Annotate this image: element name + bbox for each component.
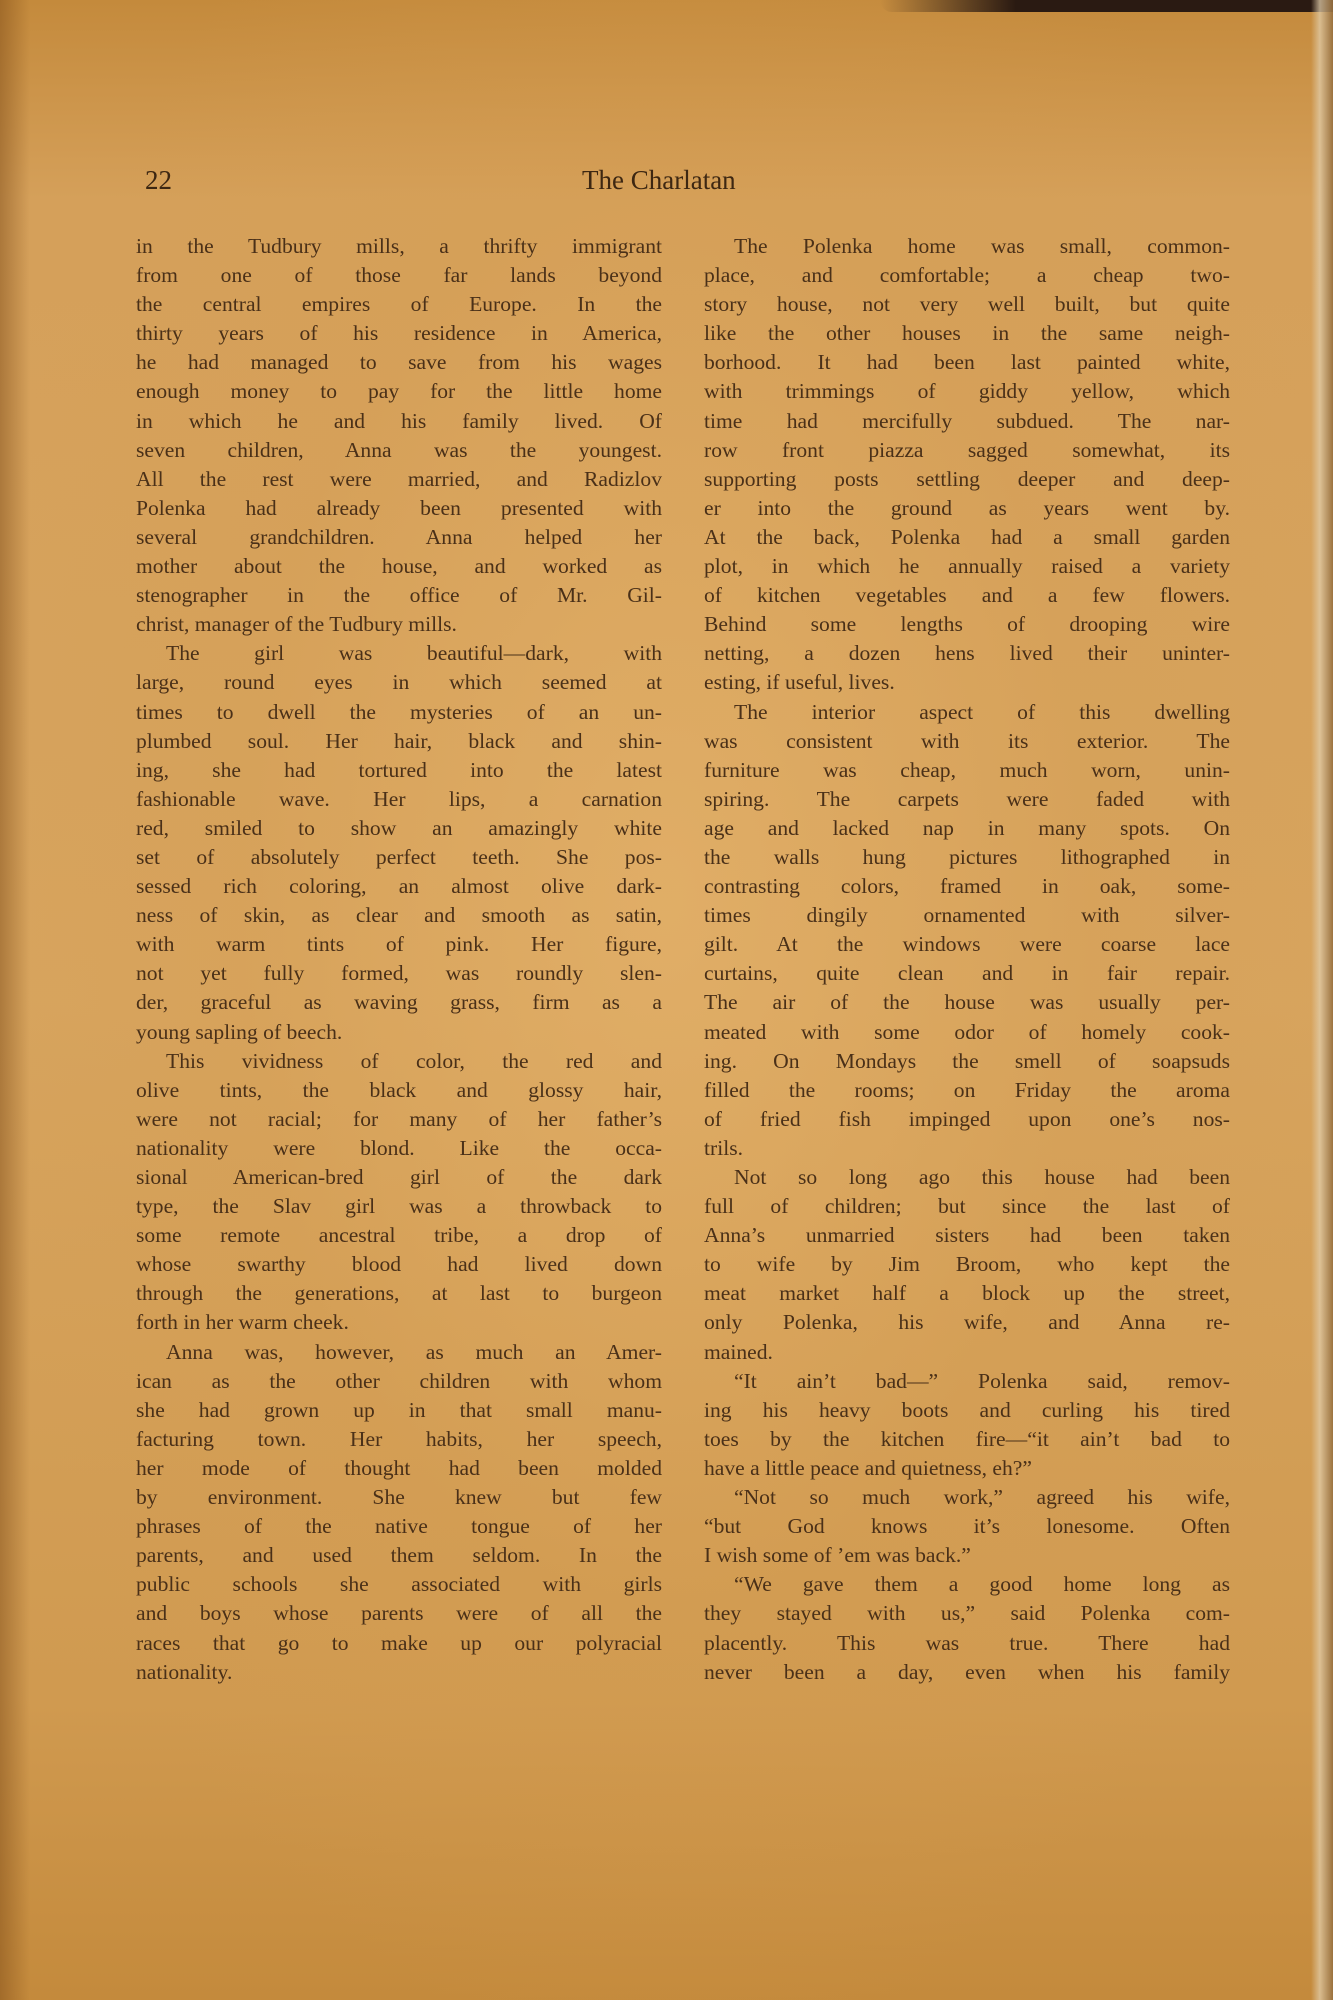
text-line: only Polenka, his wife, and Anna re- [704, 1308, 1230, 1337]
text-line: the walls hung pictures lithographed in [704, 843, 1230, 872]
text-line: stenographer in the office of Mr. Gil- [136, 581, 662, 610]
text-line: races that go to make up our polyracial [136, 1629, 662, 1658]
text-line: curtains, quite clean and in fair repair… [704, 959, 1230, 988]
text-line: set of absolutely perfect teeth. She pos… [136, 843, 662, 872]
text-line: contrasting colors, framed in oak, some- [704, 872, 1230, 901]
text-line: trils. [704, 1134, 1230, 1163]
running-title: The Charlatan [582, 165, 736, 196]
text-line: fashionable wave. Her lips, a carnation [136, 785, 662, 814]
text-line: they stayed with us,” said Polenka com- [704, 1599, 1230, 1628]
text-line: row front piazza sagged somewhat, its [704, 436, 1230, 465]
text-line: to wife by Jim Broom, who kept the [704, 1250, 1230, 1279]
text-line: olive tints, the black and glossy hair, [136, 1076, 662, 1105]
text-line: thirty years of his residence in America… [136, 319, 662, 348]
text-line: type, the Slav girl was a throwback to [136, 1192, 662, 1221]
text-line: her mode of thought had been molded [136, 1454, 662, 1483]
text-line: times dingily ornamented with silver- [704, 901, 1230, 930]
text-line: Anna was, however, as much an Amer- [136, 1338, 662, 1367]
text-line: time had mercifully subdued. The nar- [704, 407, 1230, 436]
text-line: ican as the other children with whom [136, 1367, 662, 1396]
text-line: forth in her warm cheek. [136, 1308, 662, 1337]
text-line: “but God knows it’s lonesome. Often [704, 1512, 1230, 1541]
text-line: The girl was beautiful—dark, with [136, 639, 662, 668]
text-line: public schools she associated with girls [136, 1570, 662, 1599]
text-line: place, and comfortable; a cheap two- [704, 261, 1230, 290]
text-line: ing. On Mondays the smell of soapsuds [704, 1047, 1230, 1076]
text-line: filled the rooms; on Friday the aroma [704, 1076, 1230, 1105]
text-line: Polenka had already been presented with [136, 494, 662, 523]
text-line: young sapling of beech. [136, 1018, 662, 1047]
text-line: the central empires of Europe. In the [136, 290, 662, 319]
text-line: facturing town. Her habits, her speech, [136, 1425, 662, 1454]
text-line: story house, not very well built, but qu… [704, 290, 1230, 319]
text-line: large, round eyes in which seemed at [136, 668, 662, 697]
text-line: gilt. At the windows were coarse lace [704, 930, 1230, 959]
text-line: by environment. She knew but few [136, 1483, 662, 1512]
text-line: sional American-bred girl of the dark [136, 1163, 662, 1192]
text-line: enough money to pay for the little home [136, 377, 662, 406]
text-line: meated with some odor of homely cook- [704, 1018, 1230, 1047]
text-line: netting, a dozen hens lived their uninte… [704, 639, 1230, 668]
text-line: ness of skin, as clear and smooth as sat… [136, 901, 662, 930]
text-line: placently. This was true. There had [704, 1629, 1230, 1658]
text-line: ing, she had tortured into the latest [136, 756, 662, 785]
text-line: plumbed soul. Her hair, black and shin- [136, 727, 662, 756]
text-line: Anna’s unmarried sisters had been taken [704, 1221, 1230, 1250]
text-line: esting, if useful, lives. [704, 668, 1230, 697]
text-line: furniture was cheap, much worn, unin- [704, 756, 1230, 785]
text-line: sessed rich coloring, an almost olive da… [136, 872, 662, 901]
text-line: er into the ground as years went by. [704, 494, 1230, 523]
text-line: several grandchildren. Anna helped her [136, 523, 662, 552]
text-line: seven children, Anna was the youngest. [136, 436, 662, 465]
text-line: were not racial; for many of her father’… [136, 1105, 662, 1134]
text-line: Not so long ago this house had been [704, 1163, 1230, 1192]
text-line: borhood. It had been last painted white, [704, 348, 1230, 377]
text-line: of fried fish impinged upon one’s nos- [704, 1105, 1230, 1134]
text-line: The Polenka home was small, common- [704, 232, 1230, 261]
text-line: plot, in which he annually raised a vari… [704, 552, 1230, 581]
text-line: christ, manager of the Tudbury mills. [136, 610, 662, 639]
text-line: phrases of the native tongue of her [136, 1512, 662, 1541]
text-line: “We gave them a good home long as [704, 1570, 1230, 1599]
text-line: der, graceful as waving grass, firm as a [136, 988, 662, 1017]
text-line: nationality. [136, 1658, 662, 1687]
text-line: toes by the kitchen fire—“it ain’t bad t… [704, 1425, 1230, 1454]
book-page: 22 The Charlatan in the Tudbury mills, a… [0, 0, 1333, 2000]
text-line: some remote ancestral tribe, a drop of [136, 1221, 662, 1250]
text-line: age and lacked nap in many spots. On [704, 814, 1230, 843]
text-line: whose swarthy blood had lived down [136, 1250, 662, 1279]
text-line: “It ain’t bad—” Polenka said, remov- [704, 1367, 1230, 1396]
text-line: through the generations, at last to burg… [136, 1279, 662, 1308]
text-line: ing his heavy boots and curling his tire… [704, 1396, 1230, 1425]
text-line: I wish some of ’em was back.” [704, 1541, 1230, 1570]
text-line: The interior aspect of this dwelling [704, 698, 1230, 727]
text-line: mother about the house, and worked as [136, 552, 662, 581]
text-line: full of children; but since the last of [704, 1192, 1230, 1221]
text-line: meat market half a block up the street, [704, 1279, 1230, 1308]
left-column: in the Tudbury mills, a thrifty immigran… [136, 232, 662, 1687]
page-number: 22 [145, 165, 172, 196]
text-line: was consistent with its exterior. The [704, 727, 1230, 756]
text-line: parents, and used them seldom. In the [136, 1541, 662, 1570]
right-column: The Polenka home was small, common-place… [704, 232, 1230, 1687]
text-line: in which he and his family lived. Of [136, 407, 662, 436]
text-line: red, smiled to show an amazingly white [136, 814, 662, 843]
text-line: like the other houses in the same neigh- [704, 319, 1230, 348]
text-line: This vividness of color, the red and [136, 1047, 662, 1076]
text-line: mained. [704, 1338, 1230, 1367]
running-head: 22 The Charlatan [145, 165, 1255, 205]
text-line: she had grown up in that small manu- [136, 1396, 662, 1425]
text-line: with trimmings of giddy yellow, which [704, 377, 1230, 406]
binding-shadow [880, 0, 1333, 12]
page-edge [1311, 0, 1333, 2000]
text-line: supporting posts settling deeper and dee… [704, 465, 1230, 494]
text-line: Behind some lengths of drooping wire [704, 610, 1230, 639]
text-line: At the back, Polenka had a small garden [704, 523, 1230, 552]
text-line: spiring. The carpets were faded with [704, 785, 1230, 814]
text-line: times to dwell the mysteries of an un- [136, 698, 662, 727]
text-line: and boys whose parents were of all the [136, 1599, 662, 1628]
text-line: never been a day, even when his family [704, 1658, 1230, 1687]
text-line: nationality were blond. Like the occa- [136, 1134, 662, 1163]
text-line: from one of those far lands beyond [136, 261, 662, 290]
text-line: not yet fully formed, was roundly slen- [136, 959, 662, 988]
text-line: The air of the house was usually per- [704, 988, 1230, 1017]
text-line: “Not so much work,” agreed his wife, [704, 1483, 1230, 1512]
text-line: of kitchen vegetables and a few flowers. [704, 581, 1230, 610]
text-line: have a little peace and quietness, eh?” [704, 1454, 1230, 1483]
text-line: All the rest were married, and Radizlov [136, 465, 662, 494]
text-line: in the Tudbury mills, a thrifty immigran… [136, 232, 662, 261]
text-line: he had managed to save from his wages [136, 348, 662, 377]
text-line: with warm tints of pink. Her figure, [136, 930, 662, 959]
